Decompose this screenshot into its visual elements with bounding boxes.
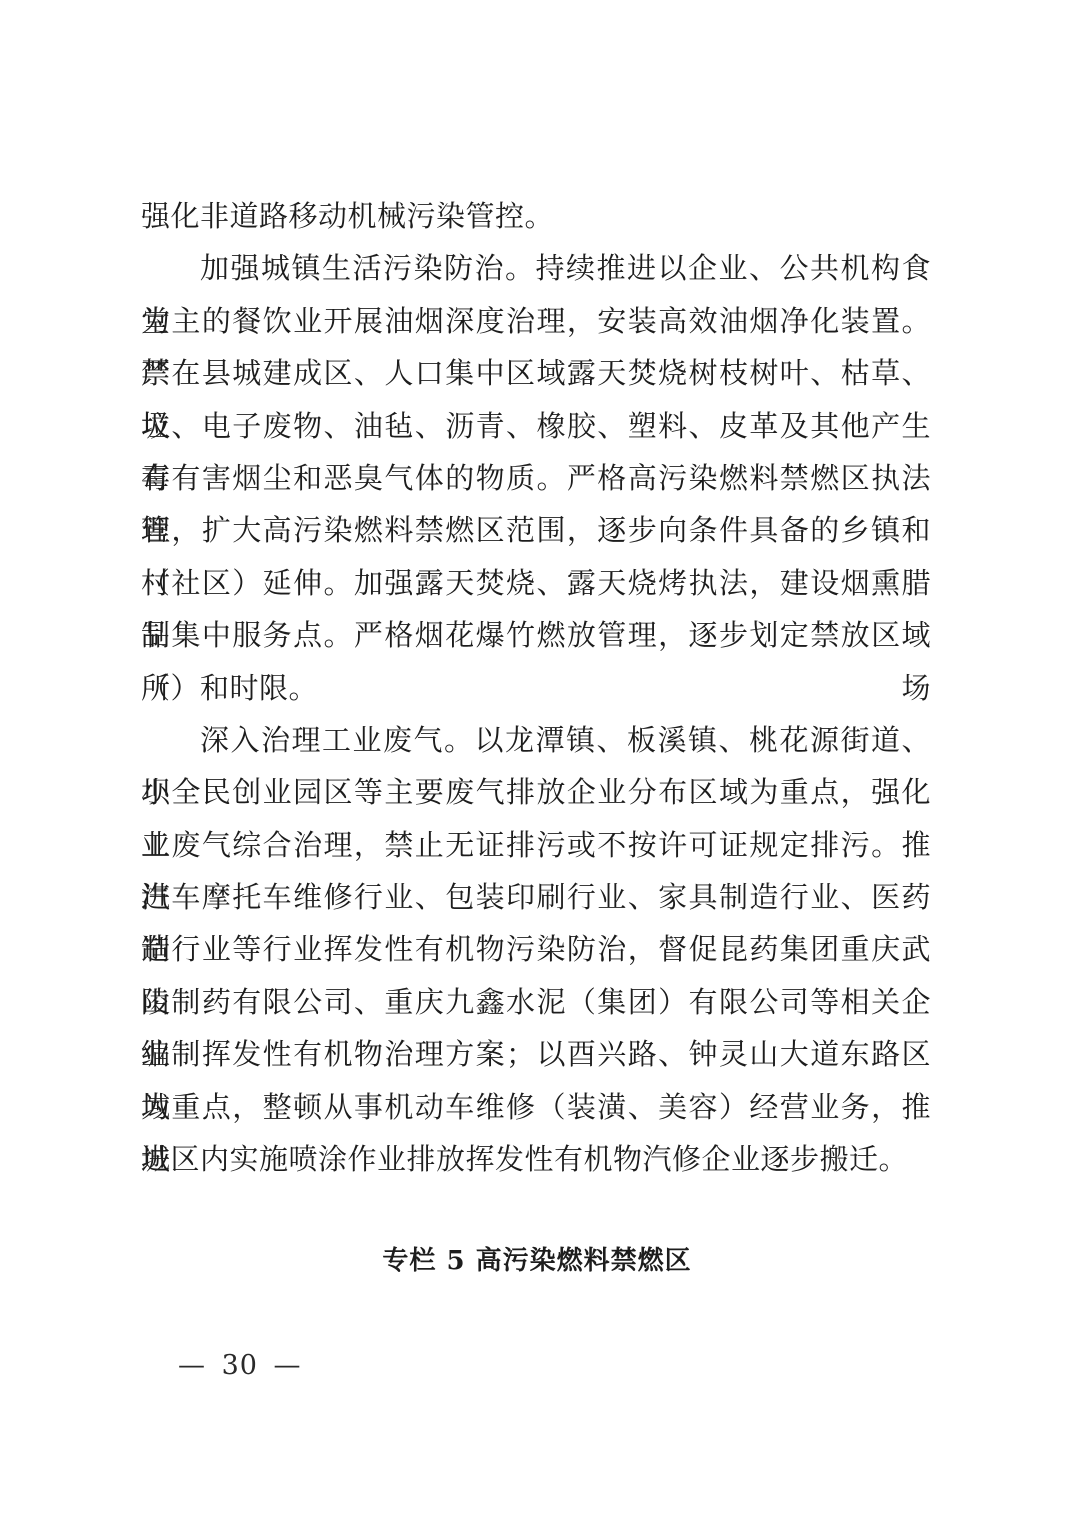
- box-heading: 专栏 5 高污染燃料禁燃区: [0, 1240, 1074, 1277]
- text-line: 业废气综合治理，禁止无证排污或不按许可证规定排污。推进: [141, 819, 931, 871]
- text-line: 编制挥发性有机物治理方案；以酉兴路、钟灵山大道东路区域: [141, 1028, 931, 1080]
- text-line: 深入治理工业废气。以龙潭镇、板溪镇、桃花源街道、小: [141, 714, 931, 766]
- text-line: 坝全民创业园区等主要废气排放企业分布区域为重点，强化工: [141, 766, 931, 818]
- text-line: 理，扩大高污染燃料禁燃区范围，逐步向条件具备的乡镇和村: [141, 504, 931, 556]
- text-line: 为主的餐饮业开展油烟深度治理，安装高效油烟净化装置。严: [141, 295, 931, 347]
- text-line: 为重点，整顿从事机动车维修（装潢、美容）经营业务，推进: [141, 1081, 931, 1133]
- text-line: 加强城镇生活污染防治。持续推进以企业、公共机构食堂: [141, 242, 931, 294]
- text-line: 强化非道路移动机械污染管控。: [141, 190, 931, 242]
- page-number: — 30 —: [178, 1350, 302, 1381]
- text-line: 造行业等行业挥发性有机物污染防治，督促昆药集团重庆武陵: [141, 923, 931, 975]
- text-line: 毒有害烟尘和恶臭气体的物质。严格高污染燃料禁燃区执法管: [141, 452, 931, 504]
- text-line: 城区内实施喷涂作业排放挥发性有机物汽修企业逐步搬迁。: [141, 1133, 931, 1185]
- text-line: 品集中服务点。严格烟花爆竹燃放管理，逐步划定禁放区域（场: [141, 609, 931, 661]
- document-page: 强化非道路移动机械污染管控。加强城镇生活污染防治。持续推进以企业、公共机构食堂为…: [0, 0, 1074, 1520]
- text-line: 圾、电子废物、油毡、沥青、橡胶、塑料、皮革及其他产生有: [141, 400, 931, 452]
- text-line: 山制药有限公司、重庆九鑫水泥（集团）有限公司等相关企业: [141, 976, 931, 1028]
- page-body: 强化非道路移动机械污染管控。加强城镇生活污染防治。持续推进以企业、公共机构食堂为…: [141, 190, 931, 1185]
- text-line: （社区）延伸。加强露天焚烧、露天烧烤执法，建设烟熏腊制: [141, 557, 931, 609]
- text-line: 禁在县城建成区、人口集中区域露天焚烧树枝树叶、枯草、垃: [141, 347, 931, 399]
- text-line: 汽车摩托车维修行业、包装印刷行业、家具制造行业、医药制: [141, 871, 931, 923]
